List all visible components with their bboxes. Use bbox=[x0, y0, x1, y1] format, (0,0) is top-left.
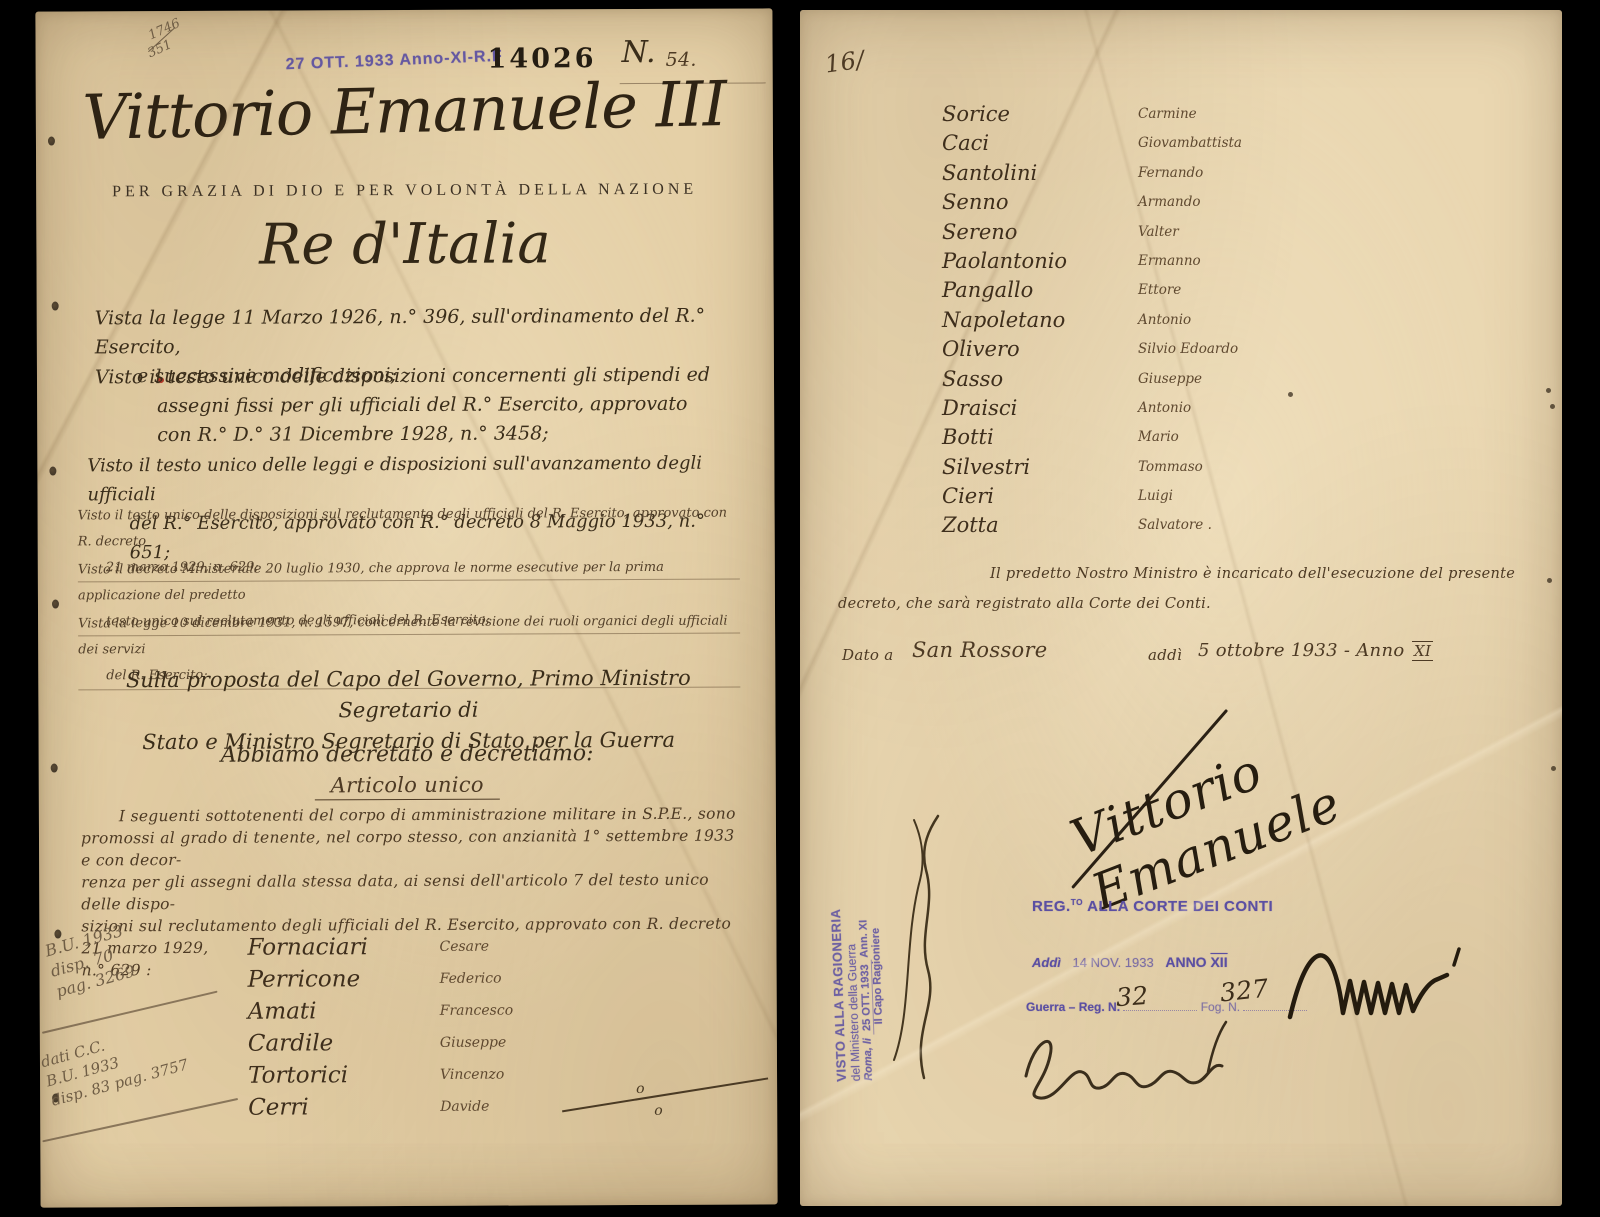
list-item: Senno Armando bbox=[942, 190, 1502, 219]
list-item: Sorice Carmine bbox=[942, 102, 1502, 131]
article-line: renza per gli assegni dalla stessa data,… bbox=[81, 869, 739, 916]
royal-signature-text: Vittorio Emanuele bbox=[1063, 651, 1527, 921]
by-grace-subtitle: PER GRAZIA DI DIO E PER VOLONTÀ DELLA NA… bbox=[36, 180, 773, 201]
list-item: Napoletano Antonio bbox=[942, 308, 1502, 337]
list-item: Perricone Federico bbox=[248, 965, 708, 999]
list-item: Botti Mario bbox=[942, 425, 1502, 454]
clause-line: Vista la legge 11 Marzo 1926, n.° 396, s… bbox=[95, 302, 735, 363]
first-name: Armando bbox=[1138, 194, 1201, 210]
list-item: Fornaciari Cesare bbox=[247, 933, 707, 967]
first-name: Giuseppe bbox=[1138, 371, 1202, 387]
ink-speck bbox=[1551, 766, 1556, 771]
first-name: Carmine bbox=[1138, 106, 1197, 122]
first-name: Salvatore . bbox=[1138, 517, 1212, 533]
dato-label: Dato a bbox=[842, 646, 894, 664]
ink-speck bbox=[1288, 392, 1293, 397]
reg-number-hand: 32 bbox=[1115, 981, 1149, 1012]
registrar-signature bbox=[1012, 1012, 1252, 1112]
clause-line: con R.° D.° 31 Dicembre 1928, n.° 3458; bbox=[95, 419, 735, 451]
first-name: Valter bbox=[1138, 224, 1179, 240]
first-name: Ermanno bbox=[1138, 253, 1201, 269]
corte-conti-stamp-date: Addì 14 NOV. 1933 ANNO XII bbox=[1032, 954, 1228, 970]
surname: Caci bbox=[942, 131, 989, 155]
surname: Fornaciari bbox=[247, 934, 367, 961]
first-name: Giovambattista bbox=[1138, 135, 1242, 151]
list-item: Caci Giovambattista bbox=[942, 131, 1502, 160]
surname: Zotta bbox=[942, 513, 999, 537]
surname: Sasso bbox=[942, 367, 1003, 391]
surname: Amati bbox=[248, 998, 317, 1024]
execution-clause-line1: Il predetto Nostro Ministro è incaricato… bbox=[990, 566, 1515, 582]
ink-speck bbox=[1547, 578, 1552, 583]
end-divider-o: o bbox=[654, 1103, 663, 1119]
dato-place: San Rossore bbox=[912, 638, 1048, 662]
addi-label: addì bbox=[1148, 646, 1182, 664]
fog-number-hand: 327 bbox=[1219, 974, 1270, 1008]
addi-stamp-date: 14 NOV. 1933 bbox=[1065, 955, 1162, 970]
end-divider: o o bbox=[550, 1066, 780, 1122]
first-name: Mario bbox=[1138, 429, 1179, 445]
reg-sup: TO bbox=[1071, 898, 1083, 907]
promoted-list-p2: Sorice Carmine Caci Giovambattista Santo… bbox=[942, 102, 1502, 543]
punch-hole bbox=[52, 600, 59, 609]
anno-roman: XII bbox=[1210, 954, 1227, 970]
king-title: Vittorio Emanuele III bbox=[55, 66, 753, 154]
surname: Perricone bbox=[248, 966, 361, 992]
list-item: Draisci Antonio bbox=[942, 396, 1502, 425]
surname: Botti bbox=[942, 425, 994, 449]
first-name: Davide bbox=[440, 1099, 489, 1115]
surname: Pangallo bbox=[942, 278, 1033, 302]
margin-note-dati-cc: dati C.C. B.U. 1933 disp. 83 pag. 3757 bbox=[39, 1016, 191, 1111]
decree-page-2: 16/ Sorice Carmine Caci Giovambattista S… bbox=[800, 10, 1562, 1206]
list-item: Santolini Fernando bbox=[942, 161, 1502, 190]
clause-line: Vista la legge 10 dicembre 1931, n. 1597… bbox=[78, 609, 740, 664]
surname: Cardile bbox=[248, 1030, 333, 1056]
proposal-line: Sulla proposta del Capo del Governo, Pri… bbox=[98, 663, 718, 728]
ink-speck bbox=[1550, 404, 1555, 409]
surname: Sereno bbox=[942, 220, 1017, 244]
article-line: promossi al grado di tenente, nel corpo … bbox=[81, 825, 739, 872]
mussolini-signature bbox=[1282, 935, 1492, 1030]
clause-printed-2: Visto il testo unico delle disposizioni … bbox=[95, 361, 735, 451]
first-name: Luigi bbox=[1138, 488, 1173, 504]
surname: Paolantonio bbox=[942, 249, 1067, 273]
list-item: Zotta Salvatore . bbox=[942, 513, 1502, 542]
surname: Santolini bbox=[942, 161, 1037, 185]
list-item: Pangallo Ettore bbox=[942, 278, 1502, 307]
sheet-number: 16/ bbox=[823, 45, 866, 78]
surname: Olivero bbox=[942, 337, 1020, 361]
first-name: Tommaso bbox=[1138, 459, 1203, 475]
first-name: Antonio bbox=[1138, 312, 1191, 328]
clause-line: Visto il testo unico delle disposizioni … bbox=[95, 361, 735, 393]
first-name: Antonio bbox=[1138, 400, 1191, 416]
list-item: Cieri Luigi bbox=[942, 484, 1502, 513]
article-line: I seguenti sottotenenti del corpo di amm… bbox=[81, 803, 739, 828]
surname: Tortorici bbox=[248, 1062, 348, 1088]
decree-page-1: 1746 351 27 OTT. 1933 Anno-XI-R.F 14026 … bbox=[35, 8, 777, 1207]
dato-date: 5 ottobre 1933 - Anno bbox=[1198, 640, 1404, 661]
surname: Senno bbox=[942, 190, 1009, 214]
reg-rest: ALLA CORTE DEI CONTI bbox=[1083, 898, 1273, 915]
decree-formula: Abbiamo decretato e decretiamo: bbox=[39, 740, 776, 768]
surname: Silvestri bbox=[942, 455, 1030, 479]
first-name: Cesare bbox=[439, 939, 489, 955]
list-item: Paolantonio Ermanno bbox=[942, 249, 1502, 278]
scanned-decree: 1746 351 27 OTT. 1933 Anno-XI-R.F 14026 … bbox=[0, 0, 1600, 1217]
addi-stamp-label: Addì bbox=[1032, 955, 1061, 970]
clause-line: Visto il testo unico delle disposizioni … bbox=[78, 501, 740, 556]
surname: Cerri bbox=[248, 1094, 309, 1120]
execution-clause-line2: decreto, che sarà registrato alla Corte … bbox=[838, 596, 1211, 612]
first-name: Francesco bbox=[440, 1003, 513, 1019]
anno-word: ANNO bbox=[1165, 954, 1206, 970]
first-name: Ettore bbox=[1138, 282, 1181, 298]
list-item: Olivero Silvio Edoardo bbox=[942, 337, 1502, 366]
corte-conti-stamp-title: REG.TO ALLA CORTE DEI CONTI bbox=[1032, 898, 1273, 915]
list-item: Amati Francesco bbox=[248, 997, 708, 1031]
first-name: Fernando bbox=[1138, 165, 1203, 181]
list-item: Sasso Giuseppe bbox=[942, 367, 1502, 396]
surname: Cieri bbox=[942, 484, 994, 508]
surname: Sorice bbox=[942, 102, 1010, 126]
article-heading: Articolo unico bbox=[315, 773, 500, 801]
punch-hole bbox=[52, 302, 59, 311]
surname: Draisci bbox=[942, 396, 1017, 420]
ink-speck bbox=[1546, 388, 1551, 393]
royal-signature: Vittorio Emanuele bbox=[1027, 625, 1543, 974]
reg-prefix: REG. bbox=[1032, 898, 1071, 915]
article-heading-wrap: Articolo unico bbox=[39, 771, 776, 798]
entry-date-stamp: 27 OTT. 1933 Anno-XI-R.F bbox=[285, 48, 503, 75]
punch-hole bbox=[48, 137, 55, 146]
first-name: Federico bbox=[440, 971, 502, 987]
punch-hole bbox=[49, 467, 56, 476]
clause-line: Visto il decreto Ministeriale 20 luglio … bbox=[78, 555, 740, 610]
anno-stamp: ANNO XII bbox=[1165, 954, 1227, 970]
number-label: N. bbox=[622, 35, 656, 70]
first-name: Giuseppe bbox=[440, 1035, 506, 1051]
surname: Napoletano bbox=[942, 308, 1065, 332]
clause-line: assegni fissi per gli ufficiali del R.° … bbox=[95, 390, 735, 422]
capo-ragioniere-signature bbox=[860, 810, 980, 1090]
list-item: Sereno Valter bbox=[942, 220, 1502, 249]
king-of-italy-heading: Re d'Italia bbox=[36, 210, 773, 278]
first-name: Vincenzo bbox=[440, 1067, 504, 1083]
list-item: Silvestri Tommaso bbox=[942, 455, 1502, 484]
archive-fraction-note: 1746 351 bbox=[139, 16, 189, 61]
end-divider-o: o bbox=[636, 1081, 645, 1097]
list-item: Cardile Giuseppe bbox=[248, 1029, 708, 1063]
first-name: Silvio Edoardo bbox=[1138, 341, 1238, 357]
